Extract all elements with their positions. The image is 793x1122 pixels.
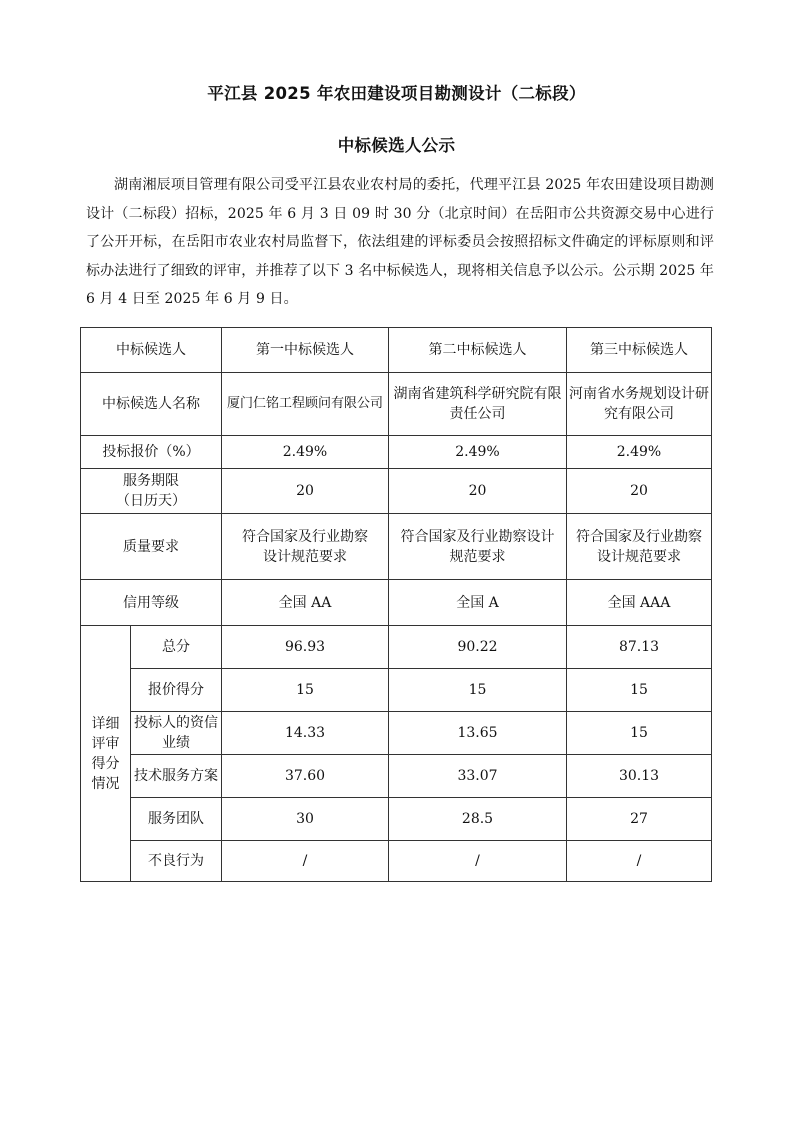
cell: 湖南省建筑科学研究院有限责任公司 — [389, 373, 567, 436]
intro-paragraph: 湖南湘辰项目管理有限公司受平江县农业农村局的委托，代理平江县 2025 年农田建… — [86, 171, 714, 314]
cell: 87.13 — [567, 626, 712, 669]
cell: 2.49% — [567, 436, 712, 469]
row-label: 服务期限（日历天） — [81, 469, 222, 514]
cell: 符合国家及行业勘察设计规范要求 — [389, 514, 567, 580]
cell: 30 — [222, 798, 389, 841]
cell: 96.93 — [222, 626, 389, 669]
cell: 20 — [222, 469, 389, 514]
table-row-price: 投标报价（%） 2.49% 2.49% 2.49% — [81, 436, 712, 469]
cell: 2.49% — [389, 436, 567, 469]
cell: 13.65 — [389, 712, 567, 755]
cell: 全国 AAA — [567, 580, 712, 626]
cell: / — [389, 841, 567, 882]
header-candidate-1: 第一中标候选人 — [222, 328, 389, 373]
cell: 厦门仁铭工程顾问有限公司 — [222, 373, 389, 436]
header-candidate-3: 第三中标候选人 — [567, 328, 712, 373]
cell: 37.60 — [222, 755, 389, 798]
detail-group-label: 详细评审得分情况 — [81, 626, 131, 882]
row-label: 总分 — [131, 626, 222, 669]
detail-row-total: 详细评审得分情况 总分 96.93 90.22 87.13 — [81, 626, 712, 669]
cell: 14.33 — [222, 712, 389, 755]
row-label: 质量要求 — [81, 514, 222, 580]
detail-row-qualification: 投标人的资信业绩 14.33 13.65 15 — [81, 712, 712, 755]
row-label: 中标候选人名称 — [81, 373, 222, 436]
detail-row-misconduct: 不良行为 / / / — [81, 841, 712, 882]
cell: 符合国家及行业勘察设计规范要求 — [567, 514, 712, 580]
table-header-row: 中标候选人 第一中标候选人 第二中标候选人 第三中标候选人 — [81, 328, 712, 373]
row-label: 报价得分 — [131, 669, 222, 712]
cell: 全国 A — [389, 580, 567, 626]
cell: 15 — [567, 669, 712, 712]
cell: 30.13 — [567, 755, 712, 798]
cell: 90.22 — [389, 626, 567, 669]
row-label: 投标人的资信业绩 — [131, 712, 222, 755]
header-label: 中标候选人 — [81, 328, 222, 373]
candidates-table: 中标候选人 第一中标候选人 第二中标候选人 第三中标候选人 中标候选人名称 厦门… — [80, 327, 712, 882]
cell: 河南省水务规划设计研究有限公司 — [567, 373, 712, 436]
header-candidate-2: 第二中标候选人 — [389, 328, 567, 373]
cell: / — [567, 841, 712, 882]
table-row-name: 中标候选人名称 厦门仁铭工程顾问有限公司 湖南省建筑科学研究院有限责任公司 河南… — [81, 373, 712, 436]
row-label: 服务团队 — [131, 798, 222, 841]
detail-row-price-score: 报价得分 15 15 15 — [81, 669, 712, 712]
document-subtitle: 中标候选人公示 — [0, 132, 793, 156]
row-label: 信用等级 — [81, 580, 222, 626]
cell: 20 — [389, 469, 567, 514]
cell: 27 — [567, 798, 712, 841]
table-row-quality: 质量要求 符合国家及行业勘察设计规范要求 符合国家及行业勘察设计规范要求 符合国… — [81, 514, 712, 580]
cell: 全国 AA — [222, 580, 389, 626]
cell: 20 — [567, 469, 712, 514]
detail-row-team: 服务团队 30 28.5 27 — [81, 798, 712, 841]
cell: 33.07 — [389, 755, 567, 798]
table-row-credit: 信用等级 全国 AA 全国 A 全国 AAA — [81, 580, 712, 626]
cell: 28.5 — [389, 798, 567, 841]
row-label: 不良行为 — [131, 841, 222, 882]
row-label: 技术服务方案 — [131, 755, 222, 798]
cell: 2.49% — [222, 436, 389, 469]
cell: / — [222, 841, 389, 882]
cell: 15 — [222, 669, 389, 712]
detail-row-technical: 技术服务方案 37.60 33.07 30.13 — [81, 755, 712, 798]
cell: 15 — [567, 712, 712, 755]
row-label: 投标报价（%） — [81, 436, 222, 469]
cell: 符合国家及行业勘察设计规范要求 — [222, 514, 389, 580]
table-row-period: 服务期限（日历天） 20 20 20 — [81, 469, 712, 514]
cell: 15 — [389, 669, 567, 712]
document-title: 平江县 2025 年农田建设项目勘测设计（二标段） — [0, 80, 793, 104]
